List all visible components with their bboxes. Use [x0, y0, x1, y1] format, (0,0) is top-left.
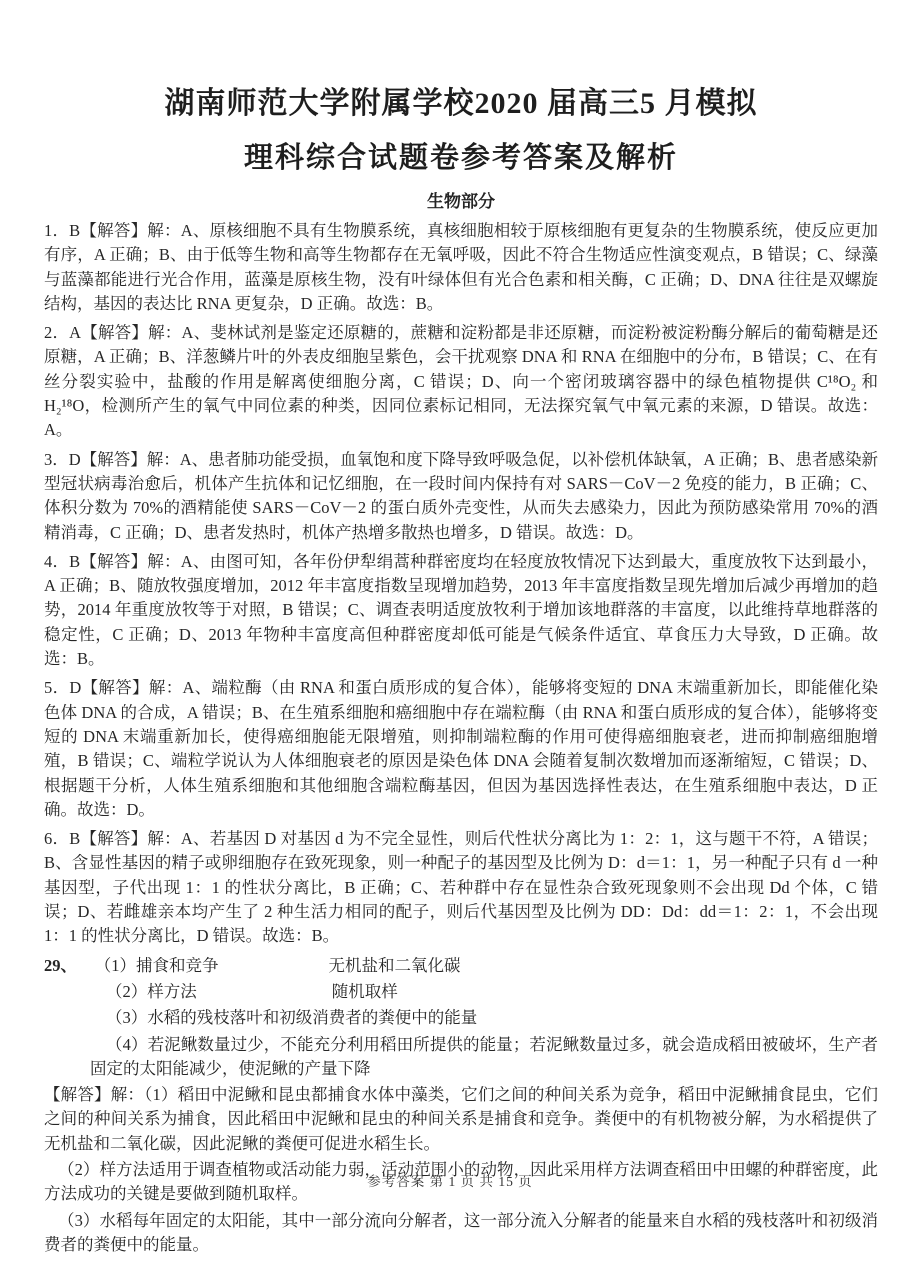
q29-explanation-3: （3）水稻每年固定的太阳能，其中一部分流向分解者，这一部分流入分解者的能量来自水… [44, 1209, 878, 1258]
section-heading: 生物部分 [44, 187, 878, 212]
answer-item-6: 6．B【解答】解：A、若基因 D 对基因 d 为不完全显性，则后代性状分离比为 … [44, 827, 878, 948]
item-body: 解：A、由图可知，各年份伊犁绢蒿种群密度均在轻度放牧情况下达到最大，重度放牧下达… [44, 552, 878, 668]
item-label: 4．B [44, 552, 80, 571]
q29-answer-line-2: （2）样方法随机取样 [44, 980, 878, 1004]
answer-item-4: 4．B【解答】解：A、由图可知，各年份伊犁绢蒿种群密度均在轻度放牧情况下达到最大… [44, 550, 878, 671]
answer-tag: 【解答】 [81, 323, 148, 342]
item-body: 解：A、原核细胞不具有生物膜系统，真核细胞相较于原核细胞有更复杂的生物膜系统，使… [44, 221, 878, 313]
page-content: 湖南师范大学附属学校2020 届高三5 月模拟 理科综合试题卷参考答案及解析 生… [0, 0, 900, 1257]
sub-answer-text: 样方法 [147, 982, 197, 1001]
answer-item-5: 5．D【解答】解：A、端粒酶（由 RNA 和蛋白质形成的复合体），能够将变短的 … [44, 676, 878, 822]
item-label: 5．D [44, 678, 81, 697]
sub-answer-label: （2） [106, 982, 147, 1001]
question-29-block: 29、（1）捕食和竞争无机盐和二氧化碳 （2）样方法随机取样 （3）水稻的残枝落… [44, 954, 878, 1258]
sub-answer-text-2: 随机取样 [332, 982, 398, 1001]
q29-answer-line-1: 29、（1）捕食和竞争无机盐和二氧化碳 [44, 954, 878, 978]
sub-answer-label: （3） [106, 1008, 147, 1027]
item-body: 解：A、若基因 D 对基因 d 为不完全显性，则后代性状分离比为 1：2：1，这… [44, 829, 878, 945]
answer-tag: 【解答】 [80, 552, 147, 571]
answer-tag: 【解答】 [81, 678, 149, 697]
item-body: 解：A、患者肺功能受损，血氧饱和度下降导致呼吸急促，以补偿机体缺氧，A 正确；B… [44, 450, 878, 542]
page-title: 湖南师范大学附属学校2020 届高三5 月模拟 [44, 78, 878, 122]
page-subtitle: 理科综合试题卷参考答案及解析 [44, 135, 878, 176]
page-footer: 参考答案 第 1 页 共 15 页 [0, 1170, 900, 1190]
item-label: 2．A [44, 323, 81, 342]
sub-answer-text: 水稻的残枝落叶和初级消费者的粪便中的能量 [147, 1008, 477, 1027]
q29-number: 29、 [44, 956, 77, 975]
answer-tag: 【解答】 [81, 450, 147, 469]
item-body: 解：A、端粒酶（由 RNA 和蛋白质形成的复合体），能够将变短的 DNA 末端重… [44, 678, 878, 818]
q29-explanation-1: 【解答】解：（1）稻田中泥鳅和昆虫都捕食水体中藻类，它们之间的种间关系为竞争，稻… [44, 1083, 878, 1156]
item-label: 1．B [44, 221, 80, 240]
item-label: 3．D [44, 450, 81, 469]
item-label: 6．B [44, 829, 80, 848]
item-body: 解：A、斐林试剂是鉴定还原糖的，蔗糖和淀粉都是非还原糖，而淀粉被淀粉酶分解后的葡… [44, 323, 878, 439]
answer-tag: 【解答】 [80, 829, 147, 848]
answer-item-2: 2．A【解答】解：A、斐林试剂是鉴定还原糖的，蔗糖和淀粉都是非还原糖，而淀粉被淀… [44, 321, 878, 442]
answer-item-1: 1．B【解答】解：A、原核细胞不具有生物膜系统，真核细胞相较于原核细胞有更复杂的… [44, 219, 878, 316]
sub-answer-label: （4） [106, 1035, 148, 1054]
answer-item-3: 3．D【解答】解：A、患者肺功能受损，血氧饱和度下降导致呼吸急促，以补偿机体缺氧… [44, 448, 878, 545]
sub-answer-text-2: 无机盐和二氧化碳 [329, 956, 461, 975]
sub-answer-text: 捕食和竞争 [136, 956, 219, 975]
answer-tag: 【解答】 [80, 221, 147, 240]
sub-answer-text: 若泥鳅数量过少，不能充分利用稻田所提供的能量；若泥鳅数量过多，就会造成稻田被破坏… [90, 1035, 878, 1078]
sub-answer-label: （1） [103, 956, 136, 975]
q29-answer-line-3: （3）水稻的残枝落叶和初级消费者的粪便中的能量 [44, 1006, 878, 1030]
document-page: 湖南师范大学附属学校2020 届高三5 月模拟 理科综合试题卷参考答案及解析 生… [0, 0, 900, 1272]
q29-answer-line-4: （4）若泥鳅数量过少，不能充分利用稻田所提供的能量；若泥鳅数量过多，就会造成稻田… [44, 1033, 878, 1082]
